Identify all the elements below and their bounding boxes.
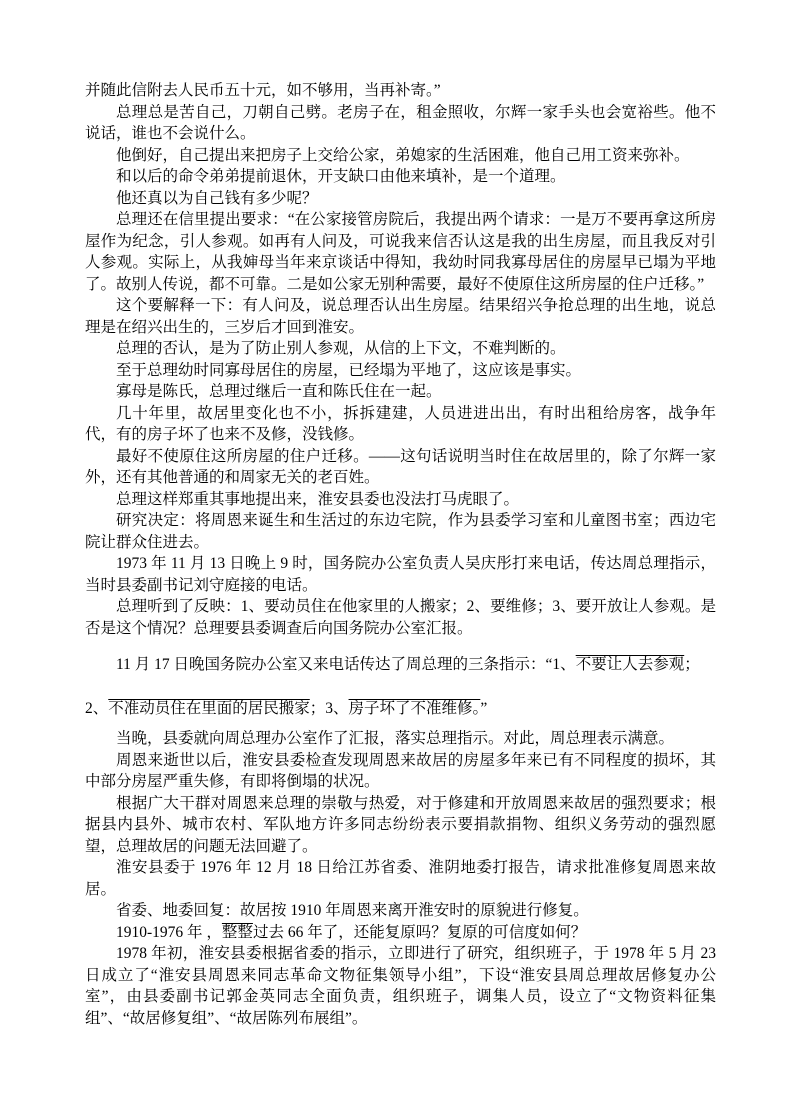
text-run: 寡母是陈氏，总理过继后一直和陈氏住在一起。 [116,383,442,400]
text-run: 并随此信附去人民币五十元，如不够用，当再补寄。” [85,82,441,99]
text-run: 当晚，县委就向周总理办公室作了汇报，落实总理指示。对此，周总理表示满意。 [116,730,674,747]
paragraph: 他倒好，自己提出来把房子上交给公家，弟媳家的生活困难，他自己用工资来弥补。 [85,145,716,167]
text-run: 他倒好，自己提出来把房子上交给公家，弟媳家的生活困难，他自己用工资来弥补。 [116,147,690,164]
text-run: 总理听到了反映：1、要动员住在他家里的人搬家；2、要维修；3、要开放让人参观。是… [85,598,716,637]
text-run: 和以后的命令弟弟提前退休，开支缺口由他来填补，是一个道理。 [116,168,566,185]
paragraph: 11 月 17 日晚国务院办公室又来电话传达了周总理的三条指示：“1、不要让人去… [85,654,716,676]
text-run: 至于总理幼时同寡母居住的房屋，已经塌为平地了，这应该是事实。 [116,362,581,379]
text-run: 省委、地委回复：故居按 1910 年周恩来离开淮安时的原貌进行修复。 [116,902,589,919]
text-run: 1973 年 11 月 13 日晚上 9 时，国务院办公室负责人吴庆彤打来电话，… [85,555,716,594]
paragraph: 周恩来逝世以后，淮安县委检查发现周恩来故居的房屋多年来已有不同程度的损坏，其中部… [85,750,716,793]
text-run: 11 月 17 日晚国务院办公室又来电话传达了周总理的三条指示：“1、 [116,656,576,673]
paragraph: 1973 年 11 月 13 日晚上 9 时，国务院办公室负责人吴庆彤打来电话，… [85,553,716,596]
paragraph: 至于总理幼时同寡母居住的房屋，已经塌为平地了，这应该是事实。 [85,360,716,382]
text-run: 总理还在信里提出要求：“在公家接管房院后，我提出两个请求：一是万不要再拿这所房屋… [85,211,716,293]
text-run: ” [480,700,487,717]
paragraph: 几十年里，故居里变化也不小，拆拆建建，人员进进出出，有时出租给房客，战争年代，有… [85,403,716,446]
text-run: 总理的否认，是为了防止别人参观，从信的上下文，不难判断的。 [116,340,566,357]
paragraph: 寡母是陈氏，总理过继后一直和陈氏住在一起。 [85,381,716,403]
paragraph: 最好不使原住这所房屋的住户迁移。——这句话说明当时住在故居里的，除了尔辉一家外，… [85,446,716,489]
text-run: 2、 [85,700,108,717]
paragraph: 1978 年初，淮安县委根据省委的指示，立即进行了研究，组织班子，于 1978 … [85,943,716,1029]
paragraph: 总理总是苦自己，刀朝自己劈。老房子在，租金照收，尔辉一家手头也会宽裕些。他不说话… [85,102,716,145]
text-run: ； [684,656,700,673]
text-run: 这个要解释一下：有人问及，说总理否认出生房屋。结果绍兴争抢总理的出生地，说总理是… [85,297,716,336]
text-run: 淮安县委于 1976 年 12 月 18 日给江苏省委、淮阴地委打报告，请求批准… [85,859,716,898]
text-run: 1910-1976 年 ， [116,924,222,941]
paragraph: 当晚，县委就向周总理办公室作了汇报，落实总理指示。对此，周总理表示满意。 [85,728,716,750]
paragraph: 2、不准动员住在里面的居民搬家；3、房子坏了不准维修。” [85,698,716,720]
document-body: 并随此信附去人民币五十元，如不够用，当再补寄。”总理总是苦自己，刀朝自己劈。老房… [85,80,716,1029]
paragraph: 根据广大干群对周恩来总理的崇敬与热爱，对于修建和开放周恩来故居的强烈要求；根据县… [85,793,716,858]
text-run: 周恩来逝世以后，淮安县委检查发现周恩来故居的房屋多年来已有不同程度的损坏，其中部… [85,752,716,791]
paragraph: 研究决定：将周恩来诞生和生活过的东边宅院，作为县委学习室和儿童图书室；西边宅院让… [85,510,716,553]
text-run: 他还真以为自己钱有多少呢？ [116,190,318,207]
paragraph: 总理的否认，是为了防止别人参观，从信的上下文，不难判断的。 [85,338,716,360]
text-run: 总理这样郑重其事地提出来，淮安县委也没法打马虎眼了。 [116,491,519,508]
text-run: 总理总是苦自己，刀朝自己劈。老房子在，租金照收，尔辉一家手头也会宽裕些。他不说话… [85,104,716,143]
emphasized-text: 整整 [222,924,253,941]
text-run: 过去 66 年了，还能复原吗？复原的可信度如何？ [253,924,586,941]
text-run: 研究决定：将周恩来诞生和生活过的东边宅院，作为县委学习室和儿童图书室；西边宅院让… [85,512,716,551]
emphasized-text: 不准动员住在里面的居民搬家 [108,700,310,717]
paragraph: 和以后的命令弟弟提前退休，开支缺口由他来填补，是一个道理。 [85,166,716,188]
text-run: 1978 年初，淮安县委根据省委的指示，立即进行了研究，组织班子，于 1978 … [85,945,716,1027]
document-page-background: { "page": { "background": "#ffffff", "te… [0,0,800,1100]
emphasized-text: 房子坏了不准维修。 [349,700,481,717]
text-run: 根据广大干群对周恩来总理的崇敬与热爱，对于修建和开放周恩来故居的强烈要求；根据县… [85,795,716,855]
paragraph: 总理听到了反映：1、要动员住在他家里的人搬家；2、要维修；3、要开放让人参观。是… [85,596,716,639]
emphasized-text: 不要让人去参观 [576,656,685,673]
paragraph: 淮安县委于 1976 年 12 月 18 日给江苏省委、淮阴地委打报告，请求批准… [85,857,716,900]
paragraph: 总理还在信里提出要求：“在公家接管房院后，我提出两个请求：一是万不要再拿这所房屋… [85,209,716,295]
paragraph: 1910-1976 年 ，整整过去 66 年了，还能复原吗？复原的可信度如何？ [85,922,716,944]
paragraph: 他还真以为自己钱有多少呢？ [85,188,716,210]
paragraph: 总理这样郑重其事地提出来，淮安县委也没法打马虎眼了。 [85,489,716,511]
text-run: ；3、 [310,700,349,717]
text-run: 几十年里，故居里变化也不小，拆拆建建，人员进进出出，有时出租给房客，战争年代，有… [85,405,716,444]
paragraph: 这个要解释一下：有人问及，说总理否认出生房屋。结果绍兴争抢总理的出生地，说总理是… [85,295,716,338]
paragraph: 并随此信附去人民币五十元，如不够用，当再补寄。” [85,80,716,102]
paragraph: 省委、地委回复：故居按 1910 年周恩来离开淮安时的原貌进行修复。 [85,900,716,922]
text-run: 最好不使原住这所房屋的住户迁移。——这句话说明当时住在故居里的，除了尔辉一家外，… [85,448,716,487]
